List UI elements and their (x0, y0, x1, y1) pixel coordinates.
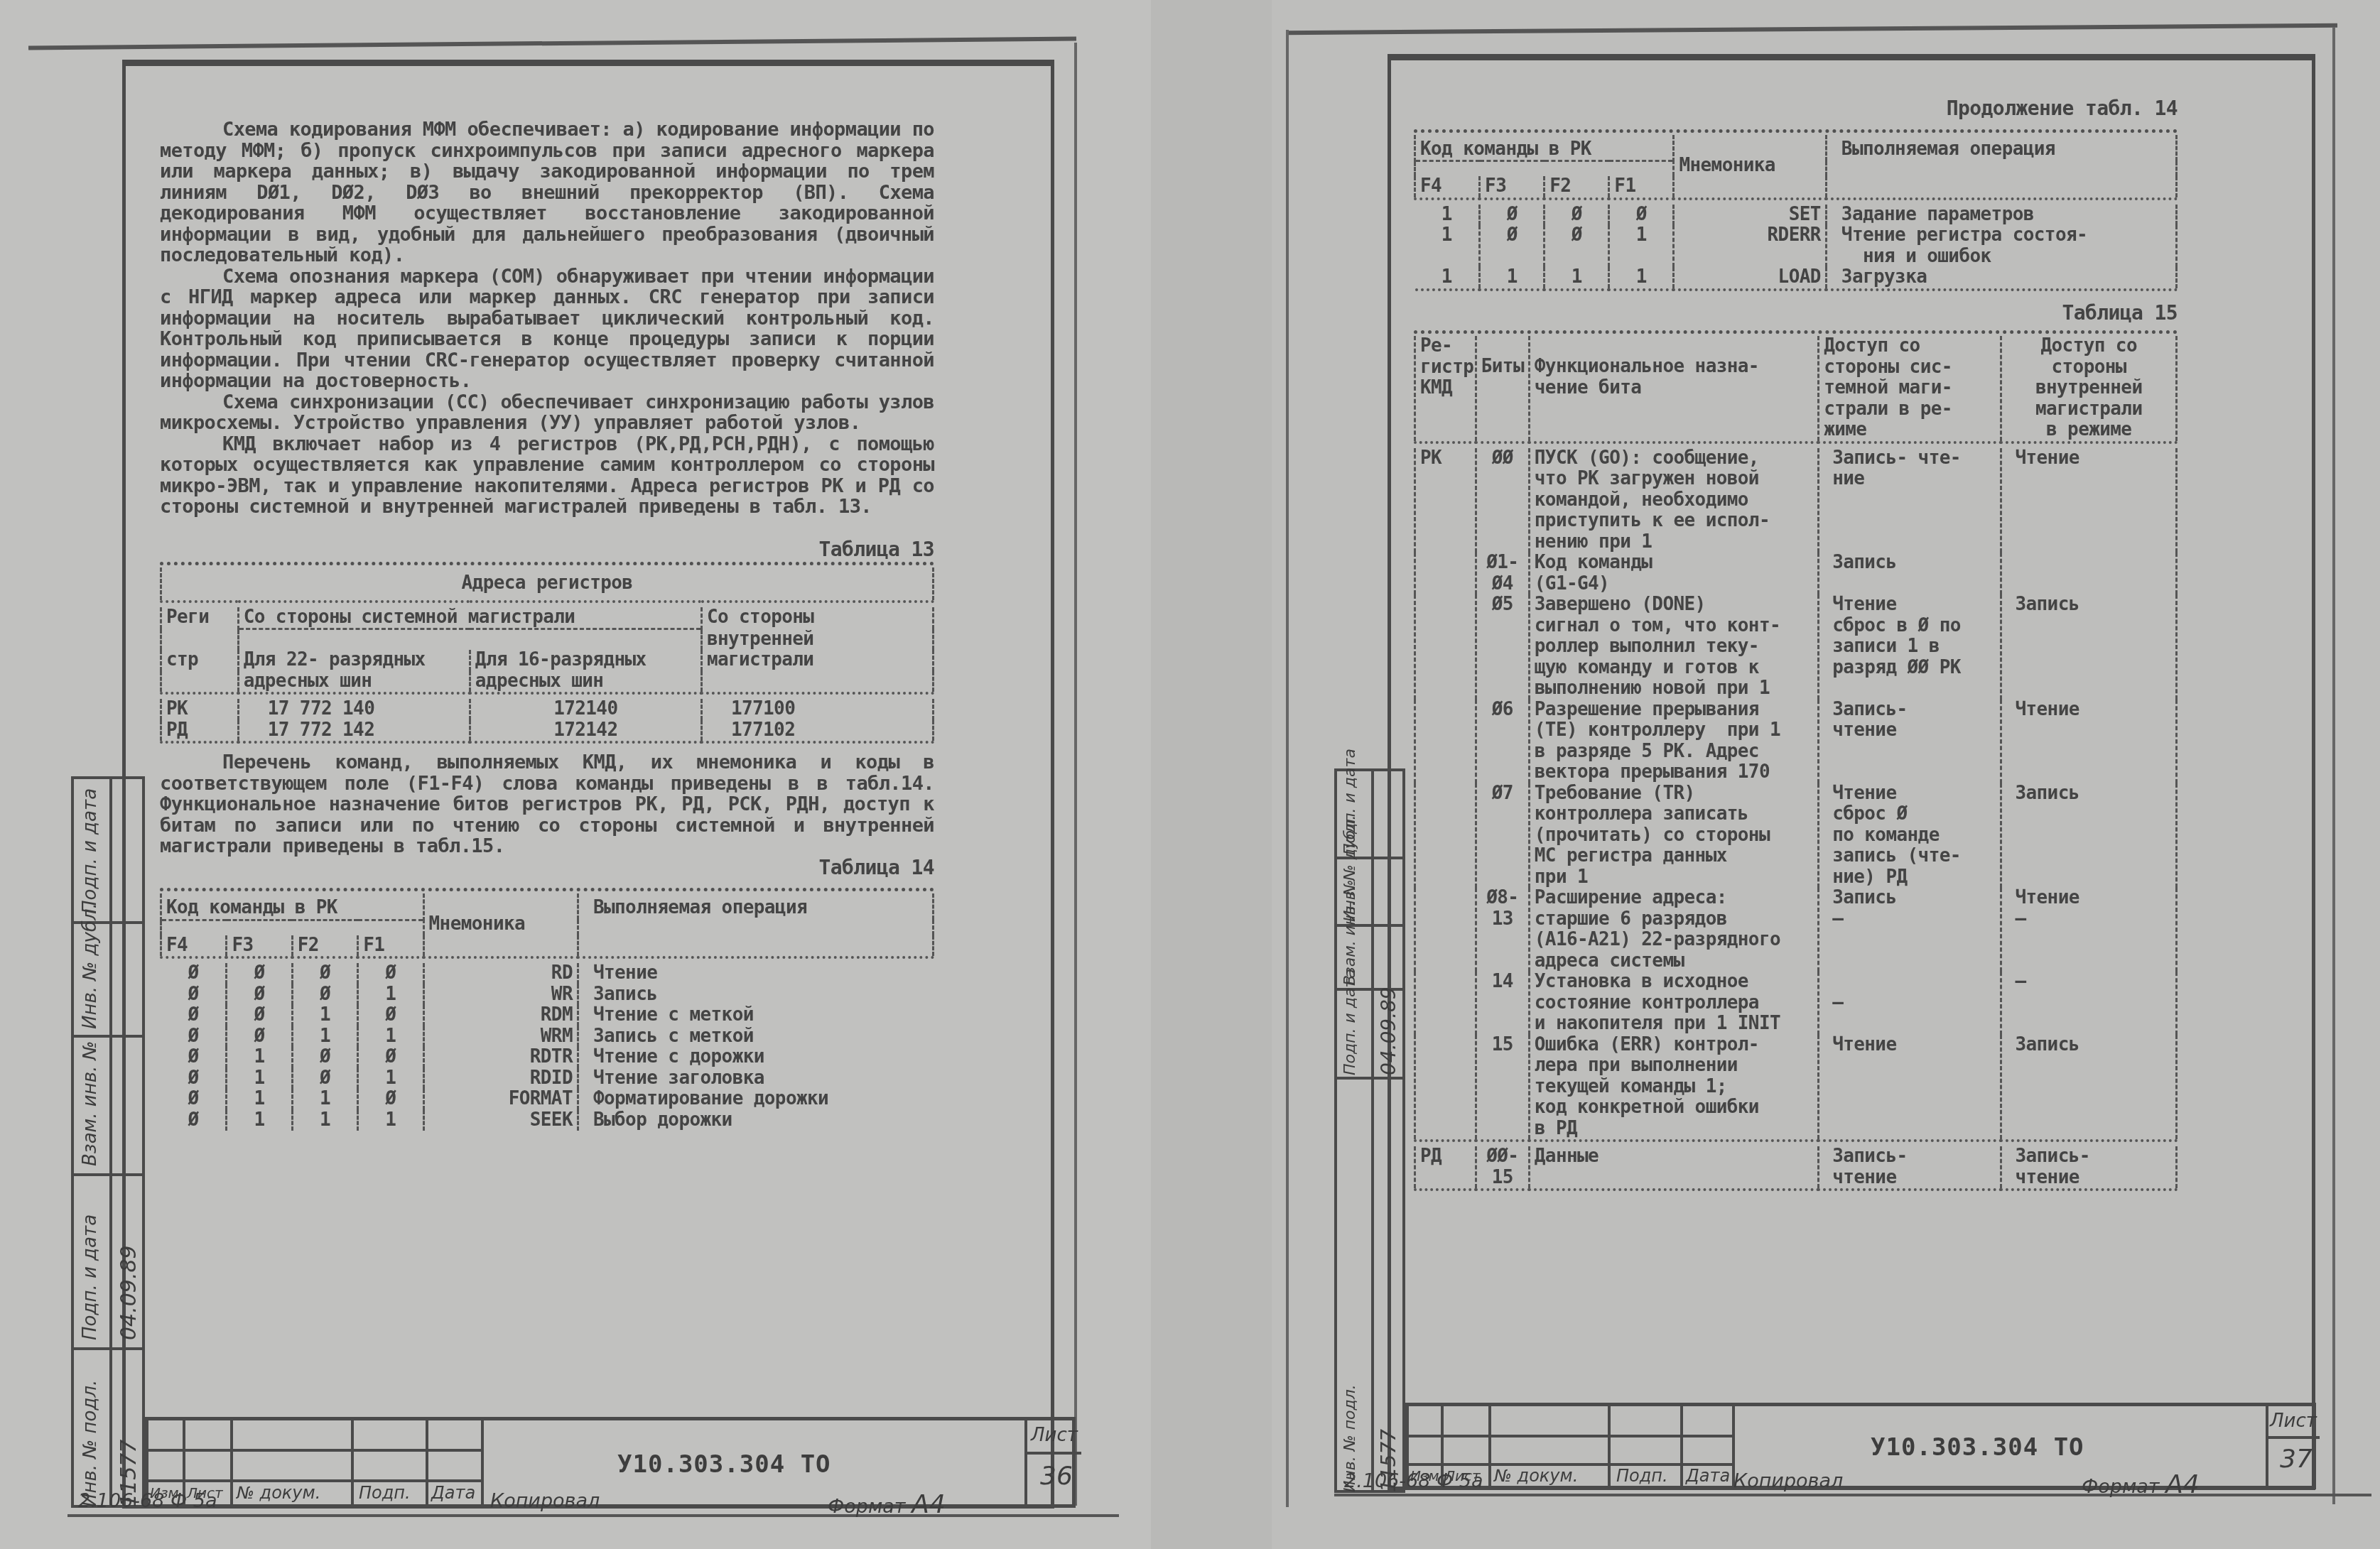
divider (1414, 330, 2178, 334)
internal-access-cell: Чтение (2001, 700, 2177, 783)
table-row: 1111LOADЗагрузка (1415, 267, 2177, 290)
function-cell: Разрешение прерывания (TE) контроллеру п… (1529, 700, 1818, 783)
bit-cell: 1 (1609, 267, 1674, 290)
col-register: Ре- гистр КМД (1415, 336, 1476, 442)
copied-label: Копировал (1733, 1470, 1843, 1492)
bits-cell: 14 (1476, 972, 1529, 1035)
side-date: 04.09.89 (1377, 987, 1400, 1075)
bit-cell: 1 (1415, 267, 1480, 290)
register-cell (1415, 888, 1476, 972)
bit-cell: 1 (1545, 267, 1609, 290)
col-code: Код команды в РК (1415, 135, 1674, 161)
table-row: РДØØ- 15ДанныеЗапись- чтениеЗапись- чтен… (1415, 1146, 2177, 1190)
bit-cell: Ø (1480, 205, 1545, 226)
function-cell: Установка в исходное состояние контролле… (1529, 972, 1818, 1035)
system-access-cell: Запись- чте- ние (1819, 448, 2001, 553)
table-row: Ø6Разрешение прерывания (TE) контроллеру… (1415, 700, 2177, 783)
mnemonic-cell: RDERR (1674, 225, 1826, 267)
col-operation-label: Выполняемая операция (1841, 138, 2055, 160)
format-label-text: Формат (2082, 1476, 2160, 1498)
bits-cell: ØØ- 15 (1476, 1146, 1529, 1190)
right-content: Продолжение табл. 14 Код команды в РК Мн… (1414, 98, 2178, 1195)
internal-access-cell: Запись (2001, 783, 2177, 888)
table-row: Ø1- Ø4Код команды (G1-G4)Запись (1415, 553, 2177, 594)
side-label: Подп. и дата (1341, 969, 1359, 1075)
col-label: Дата (1686, 1466, 1730, 1486)
register-cell (1415, 553, 1476, 594)
internal-access-cell: Запись- чтение (2001, 1146, 2177, 1190)
system-access-cell: Запись (1819, 553, 2001, 594)
register-cell (1415, 783, 1476, 888)
format-value: А4 (2165, 1470, 2200, 1499)
internal-access-cell: Чтение (2001, 448, 2177, 553)
table14-cont-caption: Продолжение табл. 14 (1414, 98, 2178, 119)
function-cell: Код команды (G1-G4) (1529, 553, 1818, 594)
register-cell: РД (1415, 1146, 1476, 1190)
bits-cell: ØØ (1476, 448, 1529, 553)
system-access-cell: Запись- чтение (1819, 1146, 2001, 1190)
function-cell: Завершено (DONE) сигнал о том, что конт-… (1529, 594, 1818, 700)
function-cell: Ошибка (ERR) контрол- лера при выполнени… (1529, 1035, 1818, 1141)
system-access-cell: Чтение сброс Ø по команде запись (чте- н… (1819, 783, 2001, 888)
table-row: 14Установка в исходное состояние контрол… (1415, 972, 2177, 1035)
right-side-stamp: Подп. и дата Инв. № дубл. Взам. инв. № П… (1334, 768, 1405, 1493)
bits-cell: Ø5 (1476, 594, 1529, 700)
col-function: Функциональное назна- чение бита (1529, 336, 1818, 442)
register-cell (1415, 700, 1476, 783)
register-cell (1415, 972, 1476, 1035)
function-cell: Данные (1529, 1146, 1818, 1190)
mnemonic-cell: LOAD (1674, 267, 1826, 290)
table-row: 1ØØØSETЗадание параметров (1415, 205, 2177, 226)
outer-left-line (1286, 30, 1289, 1507)
form-code: 2.106-68 Ф 5а (1344, 1470, 1483, 1492)
outer-top-line (1286, 23, 2337, 35)
system-access-cell: Запись – (1819, 888, 2001, 972)
bits-cell: Ø8- 13 (1476, 888, 1529, 972)
outer-right-line (2332, 27, 2335, 1504)
table15: Ре- гистр КМД Биты Функциональное назна-… (1414, 336, 2178, 1195)
operation-cell: Задание параметров (1826, 205, 2176, 226)
col-label: № докум. (1494, 1466, 1578, 1486)
bit-cell: 1 (1415, 225, 1480, 267)
system-access-cell: Чтение (1819, 1035, 2001, 1141)
bits-cell: Ø7 (1476, 783, 1529, 888)
internal-access-cell: Запись (2001, 1035, 2177, 1141)
right-page: Продолжение табл. 14 Код команды в РК Мн… (0, 0, 2380, 1549)
internal-access-cell: – (2001, 972, 2177, 1035)
sheet-number: 37 (2280, 1445, 2313, 1474)
table15-caption: Таблица 15 (1414, 303, 2178, 324)
table14-continued: Код команды в РК Мнемоника Выполняемая о… (1414, 135, 2178, 295)
table-row: Ø7Требование (TR) контроллера записать (… (1415, 783, 2177, 888)
bit-cell: Ø (1480, 225, 1545, 267)
col-system-access: Доступ со стороны сис- темной маги- стра… (1819, 336, 2001, 442)
system-access-cell: – (1819, 972, 2001, 1035)
table-row: Ø8- 13Расширение адреса: старшие 6 разря… (1415, 888, 2177, 972)
col-operation: Выполняемая операция (1826, 135, 2176, 199)
operation-cell: Чтение регистра состоя- ния и ошибок (1826, 225, 2176, 267)
bits-cell: Ø1- Ø4 (1476, 553, 1529, 594)
bit-cell: 1 (1480, 267, 1545, 290)
function-cell: Требование (TR) контроллера записать (пр… (1529, 783, 1818, 888)
bits-cell: Ø6 (1476, 700, 1529, 783)
register-cell (1415, 594, 1476, 700)
sheet-label: Лист (2270, 1411, 2317, 1432)
internal-access-cell (2001, 553, 2177, 594)
register-cell (1415, 1035, 1476, 1141)
system-access-cell: Чтение сброс в Ø по записи 1 в разряд ØØ… (1819, 594, 2001, 700)
internal-access-cell: Запись (2001, 594, 2177, 700)
bottom-line (1334, 1494, 2371, 1496)
function-cell: Расширение адреса: старшие 6 разрядов (A… (1529, 888, 1818, 972)
table-row: Ø5Завершено (DONE) сигнал о том, что кон… (1415, 594, 2177, 700)
divider (1414, 129, 2178, 133)
table-row: 15Ошибка (ERR) контрол- лера при выполне… (1415, 1035, 2177, 1141)
function-cell: ПУСК (GO): сообщение, что РК загружен но… (1529, 448, 1818, 553)
table-row: 1ØØ1RDERRЧтение регистра состоя- ния и о… (1415, 225, 2177, 267)
document-number: У10.303.304 ТО (1871, 1433, 2084, 1462)
bits-cell: 15 (1476, 1035, 1529, 1141)
col-mnemonic-label: Мнемоника (1679, 155, 1775, 176)
bit-cell: 1 (1609, 225, 1674, 267)
bit-cell: Ø (1545, 225, 1609, 267)
table-row: РКØØПУСК (GO): сообщение, что РК загруже… (1415, 448, 2177, 553)
bit-cell: 1 (1415, 205, 1480, 226)
bit-cell: Ø (1609, 205, 1674, 226)
operation-cell: Загрузка (1826, 267, 2176, 290)
col-bits: Биты (1476, 336, 1529, 442)
col-label: Подп. (1616, 1466, 1668, 1486)
format-label: Формат А4 (2082, 1470, 2200, 1499)
mnemonic-cell: SET (1674, 205, 1826, 226)
col-bits-label: Биты (1481, 356, 1524, 377)
system-access-cell: Запись- чтение (1819, 700, 2001, 783)
register-cell: РК (1415, 448, 1476, 553)
col-mnemonic: Мнемоника (1674, 135, 1826, 199)
internal-access-cell: Чтение – (2001, 888, 2177, 972)
bit-cell: Ø (1545, 205, 1609, 226)
col-internal-access: Доступ со стороны внутренней магистрали … (2001, 336, 2177, 442)
